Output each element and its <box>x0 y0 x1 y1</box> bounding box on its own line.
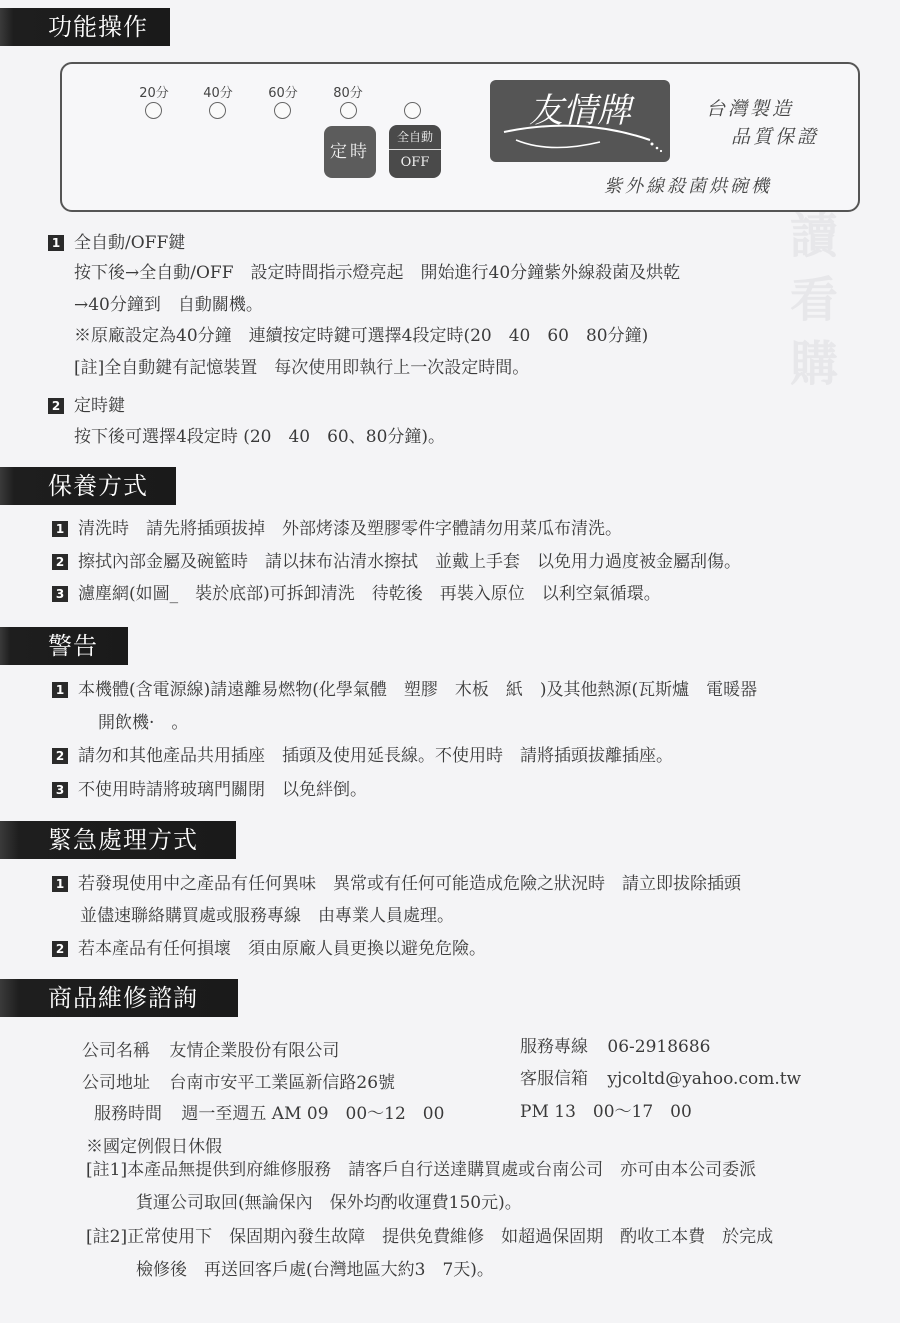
section-header-service: 商品維修諮詢 <box>0 979 238 1017</box>
company-name-label: 公司名稱 <box>82 1041 150 1061</box>
address-label: 公司地址 <box>82 1073 150 1093</box>
brand-swoosh-icon <box>490 80 670 162</box>
hours-am-value: 週一至週五 AM 09 00～12 00 <box>181 1104 444 1124</box>
auto-off-key-top: 全自動 <box>389 125 441 150</box>
timer-label-20: 20分 <box>134 82 174 101</box>
operation-item-1-line-1: 按下後→全自動/OFF 設定時間指示燈亮起 開始進行40分鐘紫外線殺菌及烘乾 <box>74 262 680 284</box>
emergency-item-1: 1若發現使用中之產品有任何異味 異常或有任何可能造成危險之狀況時 請立即拔除插頭 <box>52 873 741 895</box>
number-badge: 2 <box>52 554 68 570</box>
item-text: 若發現使用中之產品有任何異味 異常或有任何可能造成危險之狀況時 請立即拔除插頭 <box>78 874 741 894</box>
note-2: [註2]正常使用下 保固期內發生故障 提供免費維修 如超過保固期 酌收工本費 於… <box>86 1226 773 1248</box>
number-badge: 1 <box>52 876 68 892</box>
item-text: 濾塵網(如圖_ 裝於底部)可拆卸清洗 待乾後 再裝入原位 以利空氣循環。 <box>78 584 661 604</box>
hotline-row: 服務專線 06-2918686 <box>520 1036 711 1058</box>
address-value: 台南市安平工業區新信路26號 <box>169 1073 395 1093</box>
emergency-item-2: 2若本產品有任何損壞 須由原廠人員更換以避免危險。 <box>52 938 486 960</box>
led-indicator-40 <box>209 102 226 119</box>
number-badge: 1 <box>48 235 64 251</box>
operation-item-1-line-2: →40分鐘到 自動關機。 <box>74 294 263 316</box>
holiday-note: ※國定例假日休假 <box>86 1136 222 1158</box>
auto-off-key: 全自動 OFF <box>389 125 441 178</box>
company-name-value: 友情企業股份有限公司 <box>169 1041 339 1061</box>
email-label: 客服信箱 <box>520 1069 588 1089</box>
item-title: 全自動/OFF鍵 <box>74 233 185 253</box>
item-title: 定時鍵 <box>74 396 125 416</box>
hotline-value: 06-2918686 <box>607 1037 710 1057</box>
section-header-emergency: 緊急處理方式 <box>0 821 236 859</box>
timer-key: 定時 <box>324 126 376 178</box>
hotline-label: 服務專線 <box>520 1037 588 1057</box>
operation-item-2-title: 2定時鍵 <box>48 395 125 417</box>
operation-item-1-line-3: ※原廠設定為40分鐘 連續按定時鍵可選擇4段定時(20 40 60 80分鐘) <box>74 325 648 347</box>
note-1-cont: 貨運公司取回(無論保內 保外均酌收運費150元)。 <box>136 1192 522 1214</box>
email-value: yjcoltd@yahoo.com.tw <box>607 1069 801 1089</box>
number-badge: 2 <box>52 941 68 957</box>
section-header-maintenance: 保養方式 <box>0 467 176 505</box>
hours-pm-value: PM 13 00～17 00 <box>520 1101 692 1123</box>
address-row: 公司地址 台南市安平工業區新信路26號 <box>82 1072 395 1094</box>
quality-guarantee: 品質保證 <box>731 122 819 149</box>
operation-item-2-line-1: 按下後可選擇4段定時 (20 40 60、80分鐘)。 <box>74 426 445 448</box>
email-row: 客服信箱 yjcoltd@yahoo.com.tw <box>520 1068 801 1090</box>
product-name: 紫外線殺菌烘碗機 <box>604 172 772 198</box>
operation-item-1-title: 1全自動/OFF鍵 <box>48 232 185 254</box>
note-1: [註1]本產品無提供到府維修服務 請客戶自行送達購買處或台南公司 亦可由本公司委… <box>86 1159 756 1181</box>
led-indicator-20 <box>145 102 162 119</box>
item-text: 若本產品有任何損壞 須由原廠人員更換以避免危險。 <box>78 939 486 959</box>
section-header-operation: 功能操作 <box>0 8 170 46</box>
hours-label: 服務時間 <box>94 1104 162 1124</box>
number-badge: 1 <box>52 521 68 537</box>
operation-item-1-line-4: [註]全自動鍵有記憶裝置 每次使用即執行上一次設定時間。 <box>74 357 529 379</box>
maintenance-item-1: 1清洗時 請先將插頭拔掉 外部烤漆及塑膠零件字體請勿用菜瓜布清洗。 <box>52 518 622 540</box>
item-text: 擦拭內部金屬及碗籃時 請以抹布沾清水擦拭 並戴上手套 以免用力過度被金屬刮傷。 <box>78 552 741 572</box>
brand-logo: 友情牌 <box>490 80 670 162</box>
led-indicator-80 <box>340 102 357 119</box>
warning-item-2: 2請勿和其他產品共用插座 插頭及使用延長線。不使用時 請將插頭拔離插座。 <box>52 745 673 767</box>
item-text: 不使用時請將玻璃門關閉 以免絆倒。 <box>78 780 367 800</box>
maintenance-item-2: 2擦拭內部金屬及碗籃時 請以抹布沾清水擦拭 並戴上手套 以免用力過度被金屬刮傷。 <box>52 551 741 573</box>
number-badge: 3 <box>52 586 68 602</box>
warning-item-1-cont: 開飲機· 。 <box>98 712 188 734</box>
number-badge: 3 <box>52 782 68 798</box>
item-text: 清洗時 請先將插頭拔掉 外部烤漆及塑膠零件字體請勿用菜瓜布清洗。 <box>78 519 622 539</box>
timer-label-40: 40分 <box>198 82 238 101</box>
maintenance-item-3: 3濾塵網(如圖_ 裝於底部)可拆卸清洗 待乾後 再裝入原位 以利空氣循環。 <box>52 583 661 605</box>
timer-label-80: 80分 <box>328 82 368 101</box>
hours-row: 服務時間 週一至週五 AM 09 00～12 00 <box>94 1103 444 1125</box>
item-text: 請勿和其他產品共用插座 插頭及使用延長線。不使用時 請將插頭拔離插座。 <box>78 746 673 766</box>
number-badge: 2 <box>52 748 68 764</box>
item-text: 本機體(含電源線)請遠離易燃物(化學氣體 塑膠 木板 紙 )及其他熱源(瓦斯爐 … <box>78 680 757 700</box>
warning-item-1: 1本機體(含電源線)請遠離易燃物(化學氣體 塑膠 木板 紙 )及其他熱源(瓦斯爐… <box>52 679 757 701</box>
company-name-row: 公司名稱 友情企業股份有限公司 <box>82 1040 339 1062</box>
warning-item-3: 3不使用時請將玻璃門關閉 以免絆倒。 <box>52 779 367 801</box>
auto-off-key-bottom: OFF <box>389 150 441 176</box>
led-indicator-60 <box>274 102 291 119</box>
emergency-item-1-cont: 並儘速聯絡購買處或服務專線 由專業人員處理。 <box>80 905 454 927</box>
led-indicator-auto <box>404 102 421 119</box>
number-badge: 1 <box>52 682 68 698</box>
made-in-taiwan: 台灣製造 <box>706 94 794 121</box>
note-2-cont: 檢修後 再送回客戶處(台灣地區大約3 7天)。 <box>136 1259 494 1281</box>
number-badge: 2 <box>48 398 64 414</box>
section-header-warning: 警告 <box>0 627 128 665</box>
timer-label-60: 60分 <box>263 82 303 101</box>
